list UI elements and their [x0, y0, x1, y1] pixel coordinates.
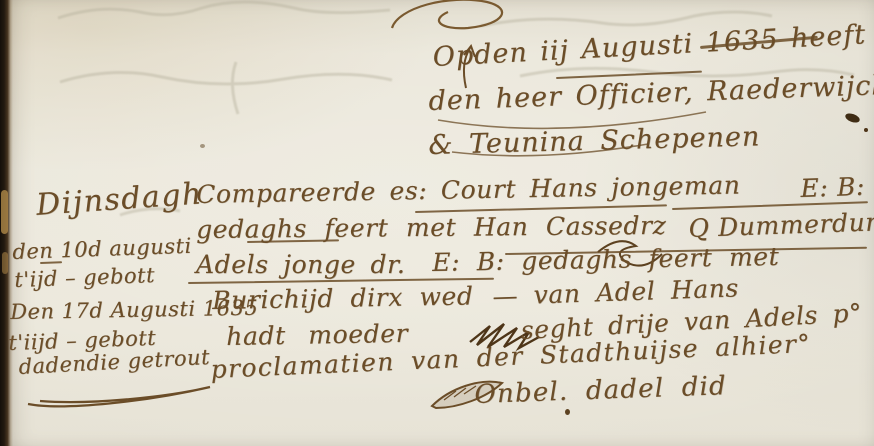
body-line1-right: E: B:: [800, 172, 865, 203]
margin-note-second-banns: t'ijd – gebott: [14, 263, 155, 292]
body-line4-left: Burichijd dirx wed: [212, 281, 474, 315]
body-line1-left: Compareerde es: Court Hans jongeman: [196, 171, 741, 209]
margin-superscript-underline: [40, 261, 62, 263]
margin-note-weekday: Dijnsdagh: [35, 176, 204, 223]
binding-amber-fleck: [1, 190, 8, 234]
ink-speck: [200, 144, 205, 148]
body-line5-left: hadt moeder: [226, 319, 408, 351]
ink-speck: [565, 409, 570, 415]
body-line2-left: gedaghs feert met Han Cassedrz: [196, 211, 666, 244]
manuscript-page: Opden iij Augusti 1635 heeft den heer Of…: [0, 0, 874, 446]
margin-underline-swoosh: [28, 387, 210, 406]
binding-amber-fleck: [2, 252, 8, 274]
body-line2-right: Q Dummerdum: [688, 207, 874, 243]
body-line4-right: — van Adel Hans: [492, 273, 739, 311]
margin-note-second-date: den 10d augusti: [12, 234, 192, 264]
body-line3-right: E: B: gedaghs feert met: [432, 242, 780, 277]
previous-entry-flourish: [392, 0, 502, 28]
ink-speck: [864, 128, 868, 132]
body-line3-left: Adels jonge dr.: [196, 250, 405, 279]
ink-blot: [844, 112, 861, 125]
closing-line: Onbel. dadel did: [474, 371, 727, 410]
header-line-officials: den heer Officier, Raederwijck: [428, 70, 874, 117]
header-line-date: Opden iij Augusti 1635 heeft: [432, 19, 867, 73]
header-line-schepenen: & Teunina Schepenen: [428, 121, 761, 161]
